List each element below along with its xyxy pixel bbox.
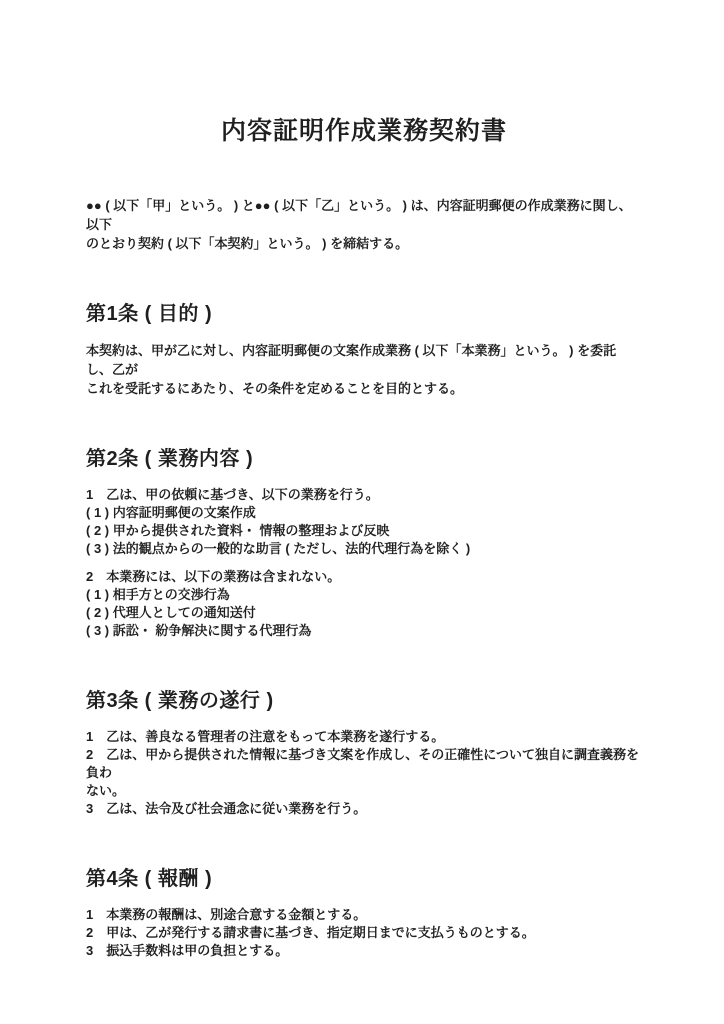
article-1-body: 本契約は、甲が乙に対し、内容証明郵便の文案作成業務 ( 以下「本業務」という。 … — [86, 341, 642, 398]
article-2-clause-2-item-1: ( 1 ) 相手方との交渉行為 — [86, 586, 642, 604]
article-2-clause-1-item-2: ( 2 ) 甲から提供された資料・ 情報の整理および反映 — [86, 522, 642, 540]
article-2-clause-1-item-3: ( 3 ) 法的観点からの一般的な助言 ( ただし、法的代理行為を除く ) — [86, 540, 642, 558]
article-3-clause-2: 2 乙は、甲から提供された情報に基づき文案を作成し、その正確性について独自に調査… — [86, 746, 642, 800]
article-1: 第1条 ( 目的 ) 本契約は、甲が乙に対し、内容証明郵便の文案作成業務 ( 以… — [86, 301, 642, 398]
article-4-clause-list: 1 本業務の報酬は、別途合意する金額とする。 2 甲は、乙が発行する請求書に基づ… — [86, 906, 642, 960]
article-2-clause-1-lead: 1 乙は、甲の依頼に基づき、以下の業務を行う。 — [86, 486, 642, 504]
article-4-heading: 第4条 ( 報酬 ) — [86, 866, 642, 892]
article-4-clause-2: 2 甲は、乙が発行する請求書に基づき、指定期日までに支払うものとする。 — [86, 924, 642, 942]
document-title: 内容証明作成業務契約書 — [86, 112, 642, 150]
article-2-clause-1-group: 1 乙は、甲の依頼に基づき、以下の業務を行う。 ( 1 ) 内容証明郵便の文案作… — [86, 486, 642, 558]
article-4-clause-3: 3 振込手数料は甲の負担とする。 — [86, 942, 642, 960]
article-2-clause-2-group: 2 本業務には、以下の業務は含まれない。 ( 1 ) 相手方との交渉行為 ( 2… — [86, 568, 642, 640]
article-2: 第2条 ( 業務内容 ) 1 乙は、甲の依頼に基づき、以下の業務を行う。 ( 1… — [86, 446, 642, 640]
article-2-clause-1-item-1: ( 1 ) 内容証明郵便の文案作成 — [86, 504, 642, 522]
article-2-clause-2-lead: 2 本業務には、以下の業務は含まれない。 — [86, 568, 642, 586]
article-1-heading: 第1条 ( 目的 ) — [86, 301, 642, 327]
article-3: 第3条 ( 業務の遂行 ) 1 乙は、善良なる管理者の注意をもって本業務を遂行す… — [86, 688, 642, 818]
article-3-clause-list: 1 乙は、善良なる管理者の注意をもって本業務を遂行する。 2 乙は、甲から提供さ… — [86, 728, 642, 818]
article-3-clause-1: 1 乙は、善良なる管理者の注意をもって本業務を遂行する。 — [86, 728, 642, 746]
article-4: 第4条 ( 報酬 ) 1 本業務の報酬は、別途合意する金額とする。 2 甲は、乙… — [86, 866, 642, 960]
article-4-clause-1: 1 本業務の報酬は、別途合意する金額とする。 — [86, 906, 642, 924]
article-3-heading: 第3条 ( 業務の遂行 ) — [86, 688, 642, 714]
article-2-clause-2-item-2: ( 2 ) 代理人としての通知送付 — [86, 604, 642, 622]
contract-document-page: 内容証明作成業務契約書 ●● ( 以下「甲」という。 ) と●● ( 以下「乙」… — [0, 0, 724, 1024]
article-2-clause-2-item-3: ( 3 ) 訴訟・ 紛争解決に関する代理行為 — [86, 622, 642, 640]
article-3-clause-3: 3 乙は、法令及び社会通念に従い業務を行う。 — [86, 800, 642, 818]
article-2-heading: 第2条 ( 業務内容 ) — [86, 446, 642, 472]
preamble-paragraph: ●● ( 以下「甲」という。 ) と●● ( 以下「乙」という。 ) は、内容証… — [86, 196, 642, 253]
